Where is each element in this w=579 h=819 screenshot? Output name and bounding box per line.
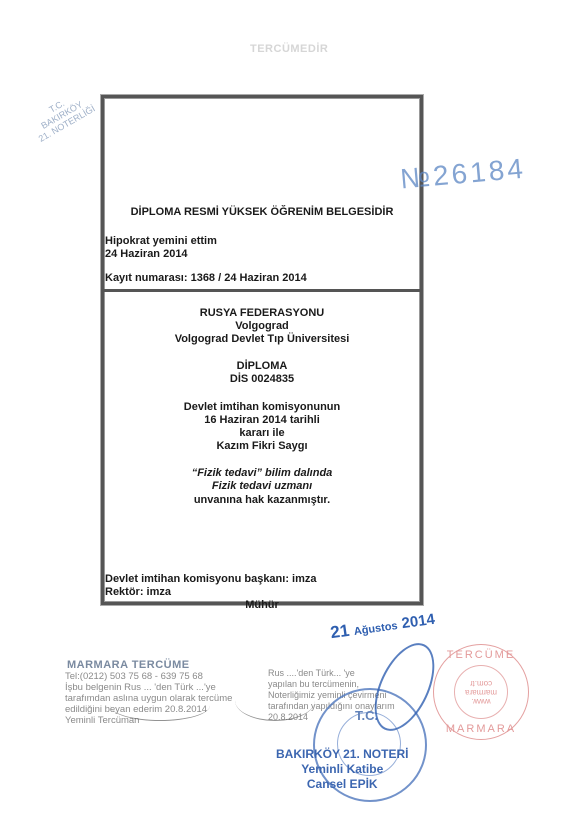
university: Volgograd Devlet Tıp Üniversitesi bbox=[104, 333, 420, 345]
diploma-frame bbox=[101, 95, 423, 605]
notary-seal-label: BAKIRKÖY 21. NOTERİ Yeminli Katibe Canse… bbox=[276, 747, 408, 792]
oath-date: 24 Haziran 2014 bbox=[105, 248, 188, 260]
frame-divider bbox=[101, 289, 423, 292]
diploma-number: DİS 0024835 bbox=[104, 373, 420, 385]
notary-signature bbox=[235, 680, 315, 721]
seal-label: Mühür bbox=[104, 599, 420, 611]
marmara-red-seal: TERCÜME www. marmara com.tr MARMARA bbox=[433, 644, 529, 740]
decision-line-1: Devlet imtihan komisyonunun bbox=[104, 401, 420, 413]
awarded-line: unvanına hak kazanmıştır. bbox=[104, 494, 420, 506]
decision-line-3: kararı ile bbox=[104, 427, 420, 439]
decision-line-2: 16 Haziran 2014 tarihli bbox=[104, 414, 420, 426]
corner-notary-stamp: T.C. BAKIRKÖY 21. NOTERLİĞİ bbox=[27, 86, 97, 144]
city: Volgograd bbox=[104, 320, 420, 332]
country: RUSYA FEDERASYONU bbox=[104, 307, 420, 319]
translator-signature bbox=[110, 690, 210, 721]
field-line: “Fizik tedavi” bilim dalında bbox=[104, 467, 420, 479]
diploma-label: DİPLOMA bbox=[104, 360, 420, 372]
holder-name: Kazım Fikri Saygı bbox=[104, 440, 420, 452]
date-stamp: 21 Ağustos 2014 bbox=[329, 609, 436, 643]
title-line: Fizik tedavi uzmanı bbox=[104, 480, 420, 492]
document-title: DİPLOMA RESMİ YÜKSEK ÖĞRENİM BELGESİDİR bbox=[104, 206, 420, 218]
registration-number: Kayıt numarası: 1368 / 24 Haziran 2014 bbox=[105, 272, 307, 284]
seal-web-text: www. marmara com.tr bbox=[434, 679, 528, 706]
oath-text: Hipokrat yemini ettim bbox=[105, 235, 217, 247]
header-watermark: TERCÜMEDİR bbox=[250, 43, 328, 55]
rector: Rektör: imza bbox=[105, 586, 171, 598]
commission-chair: Devlet imtihan komisyonu başkanı: imza bbox=[105, 573, 317, 585]
